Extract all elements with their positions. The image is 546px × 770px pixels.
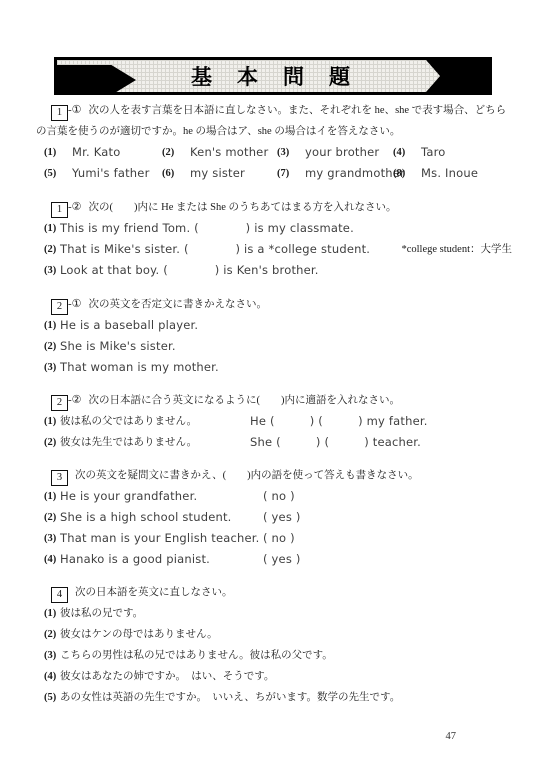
question-number-box: 2 bbox=[51, 395, 68, 411]
item-number: (1) bbox=[44, 411, 60, 432]
answer-hint: ( no ) bbox=[263, 528, 512, 549]
item-text: That man is your English teacher. bbox=[60, 528, 263, 549]
item-number: (2) bbox=[44, 336, 60, 357]
answer-hint: ( no ) bbox=[263, 486, 512, 507]
item-number: (4) bbox=[393, 142, 421, 163]
english-fill-blank: He ( ) ( ) my father. bbox=[250, 411, 512, 432]
item-number: (4) bbox=[44, 666, 60, 687]
item-number: (3) bbox=[44, 260, 60, 281]
list-item: (1)Mr. Kato bbox=[44, 142, 162, 163]
item-text: 彼女はケンの母ではありません。 bbox=[60, 624, 218, 645]
list-item: (6)my sister bbox=[162, 163, 277, 184]
list-item: (2)She is a high school student.( yes ) bbox=[36, 507, 512, 528]
list-item: (4)Taro bbox=[393, 142, 512, 163]
question-text: 次の( )内に He または She のうちあてはまる方を入れなさい。 bbox=[89, 202, 397, 213]
question-number-box: 1 bbox=[51, 202, 68, 218]
question-text-continuation: の言葉を使うのが適切ですか。he の場合はア、she の場合はイを答えなさい。 bbox=[36, 121, 512, 142]
item-number: (3) bbox=[44, 357, 60, 378]
item-number: (4) bbox=[44, 549, 60, 570]
item-text: He is a baseball player. bbox=[60, 315, 198, 336]
item-number: (7) bbox=[277, 163, 305, 184]
question-sub-number: -① bbox=[68, 298, 82, 310]
item-text: Yumi's father bbox=[72, 163, 150, 184]
section-1-2: 1-②次の( )内に He または She のうちあてはまる方を入れなさい。 (… bbox=[36, 197, 512, 281]
item-number: (2) bbox=[44, 507, 60, 528]
question-sub-number: -② bbox=[68, 201, 82, 213]
item-number: (5) bbox=[44, 163, 72, 184]
list-item: (1)This is my friend Tom. ( ) is my clas… bbox=[36, 218, 512, 239]
question-text: 次の人を表す言葉を日本語に直しなさい。また、それぞれを he、she で表す場合… bbox=[89, 105, 507, 116]
item-text: That woman is my mother. bbox=[60, 357, 219, 378]
list-item: (5)あの女性は英語の先生ですか。 いいえ、ちがいます。数学の先生です。 bbox=[36, 687, 512, 708]
word-list-row: (1)Mr. Kato (2)Ken's mother (3)your brot… bbox=[36, 142, 512, 184]
section-2-1: 2-①次の英文を否定文に書きかえなさい。 (1)He is a baseball… bbox=[36, 294, 512, 378]
list-item: (7)my grandmother bbox=[277, 163, 393, 184]
list-item: (3)That man is your English teacher.( no… bbox=[36, 528, 512, 549]
item-number: (2) bbox=[162, 142, 190, 163]
item-text: Ms. Inoue bbox=[421, 163, 478, 184]
list-item: (2)She is Mike's sister. bbox=[36, 336, 512, 357]
list-item: (1)彼は私の父ではありません。He ( ) ( ) my father. bbox=[36, 411, 512, 432]
question-heading: 2-②次の日本語に合う英文になるように( )内に適語を入れなさい。 bbox=[36, 390, 512, 411]
section-4: 4次の日本語を英文に直しなさい。 (1)彼は私の兄です。 (2)彼女はケンの母で… bbox=[36, 582, 512, 708]
item-text: 彼は私の兄です。 bbox=[60, 603, 143, 624]
item-text: Hanako is a good pianist. bbox=[60, 549, 263, 570]
item-number: (3) bbox=[44, 645, 60, 666]
item-number: (1) bbox=[44, 218, 60, 239]
list-item: (3)your brother bbox=[277, 142, 393, 163]
item-text: Mr. Kato bbox=[72, 142, 120, 163]
page-number: 47 bbox=[36, 730, 512, 744]
worksheet-page: 基 本 問 題 1-①次の人を表す言葉を日本語に直しなさい。また、それぞれを h… bbox=[0, 0, 546, 770]
list-item: (3)こちらの男性は私の兄ではありません。彼は私の父です。 bbox=[36, 645, 512, 666]
question-heading: 1-①次の人を表す言葉を日本語に直しなさい。また、それぞれを he、she で表… bbox=[36, 100, 512, 121]
item-text: my sister bbox=[190, 163, 245, 184]
question-text: 次の日本語を英文に直しなさい。 bbox=[75, 587, 233, 598]
english-fill-blank: She ( ) ( ) teacher. bbox=[250, 432, 512, 453]
list-item: (5)Yumi's father bbox=[44, 163, 162, 184]
banner-title: 基 本 問 題 bbox=[145, 61, 352, 91]
question-sub-number: -① bbox=[68, 104, 82, 116]
question-number-box: 1 bbox=[51, 105, 68, 121]
item-number: (2) bbox=[44, 239, 60, 260]
japanese-prompt: 彼は私の父ではありません。 bbox=[60, 411, 250, 432]
section-2-2: 2-②次の日本語に合う英文になるように( )内に適語を入れなさい。 (1)彼は私… bbox=[36, 390, 512, 453]
item-text: my grandmother bbox=[305, 163, 405, 184]
item-text: She is Mike's sister. bbox=[60, 336, 176, 357]
item-text: あの女性は英語の先生ですか。 いいえ、ちがいます。数学の先生です。 bbox=[60, 687, 400, 708]
item-number: (3) bbox=[44, 528, 60, 549]
section-banner: 基 本 問 題 bbox=[54, 57, 492, 95]
item-number: (1) bbox=[44, 603, 60, 624]
question-heading: 4次の日本語を英文に直しなさい。 bbox=[36, 582, 512, 603]
question-text: 次の英文を否定文に書きかえなさい。 bbox=[89, 299, 268, 310]
question-heading: 1-②次の( )内に He または She のうちあてはまる方を入れなさい。 bbox=[36, 197, 512, 218]
item-text: 彼女はあなたの姉ですか。 はい、そうです。 bbox=[60, 666, 274, 687]
item-text: Look at that boy. ( ) is Ken's brother. bbox=[60, 260, 319, 281]
question-text: 次の英文を疑問文に書きかえ、( )内の語を使って答えも書きなさい。 bbox=[75, 470, 419, 481]
list-item: (2)彼女は先生ではありません。She ( ) ( ) teacher. bbox=[36, 432, 512, 453]
item-text: He is your grandfather. bbox=[60, 486, 263, 507]
item-number: (6) bbox=[162, 163, 190, 184]
worksheet-content: 1-①次の人を表す言葉を日本語に直しなさい。また、それぞれを he、she で表… bbox=[0, 95, 546, 744]
list-item: (2)That is Mike's sister. ( ) is a *coll… bbox=[36, 239, 512, 260]
section-1-1: 1-①次の人を表す言葉を日本語に直しなさい。また、それぞれを he、she で表… bbox=[36, 100, 512, 184]
item-number: (1) bbox=[44, 142, 72, 163]
item-number: (1) bbox=[44, 486, 60, 507]
section-3: 3次の英文を疑問文に書きかえ、( )内の語を使って答えも書きなさい。 (1)He… bbox=[36, 465, 512, 570]
list-item: (3)Look at that boy. ( ) is Ken's brothe… bbox=[36, 260, 512, 281]
japanese-prompt: 彼女は先生ではありません。 bbox=[60, 432, 250, 453]
question-number-box: 3 bbox=[51, 470, 68, 486]
item-text: This is my friend Tom. ( ) is my classma… bbox=[60, 218, 354, 239]
list-item: (2)彼女はケンの母ではありません。 bbox=[36, 624, 512, 645]
question-number-box: 2 bbox=[51, 299, 68, 315]
question-number-box: 4 bbox=[51, 587, 68, 603]
question-heading: 2-①次の英文を否定文に書きかえなさい。 bbox=[36, 294, 512, 315]
list-item: (4)彼女はあなたの姉ですか。 はい、そうです。 bbox=[36, 666, 512, 687]
list-item: (1)彼は私の兄です。 bbox=[36, 603, 512, 624]
item-text: こちらの男性は私の兄ではありません。彼は私の父です。 bbox=[60, 645, 333, 666]
list-item: (1)He is your grandfather.( no ) bbox=[36, 486, 512, 507]
list-item: (2)Ken's mother bbox=[162, 142, 277, 163]
item-number: (8) bbox=[393, 163, 421, 184]
item-number: (2) bbox=[44, 624, 60, 645]
item-number: (1) bbox=[44, 315, 60, 336]
item-text: She is a high school student. bbox=[60, 507, 263, 528]
question-text: 次の日本語に合う英文になるように( )内に適語を入れなさい。 bbox=[89, 395, 401, 406]
item-number: (3) bbox=[277, 142, 305, 163]
question-heading: 3次の英文を疑問文に書きかえ、( )内の語を使って答えも書きなさい。 bbox=[36, 465, 512, 486]
list-item: (1)He is a baseball player. bbox=[36, 315, 512, 336]
question-sub-number: -② bbox=[68, 394, 82, 406]
answer-hint: ( yes ) bbox=[263, 549, 512, 570]
item-number: (2) bbox=[44, 432, 60, 453]
item-text: Taro bbox=[421, 142, 445, 163]
list-item: (3)That woman is my mother. bbox=[36, 357, 512, 378]
list-item: (4)Hanako is a good pianist.( yes ) bbox=[36, 549, 512, 570]
item-text: your brother bbox=[305, 142, 379, 163]
answer-hint: ( yes ) bbox=[263, 507, 512, 528]
item-number: (5) bbox=[44, 687, 60, 708]
item-note: *college student：大学生 bbox=[401, 239, 512, 260]
item-text: Ken's mother bbox=[190, 142, 268, 163]
item-text: That is Mike's sister. ( ) is a *college… bbox=[60, 239, 370, 260]
list-item: (8)Ms. Inoue bbox=[393, 163, 512, 184]
